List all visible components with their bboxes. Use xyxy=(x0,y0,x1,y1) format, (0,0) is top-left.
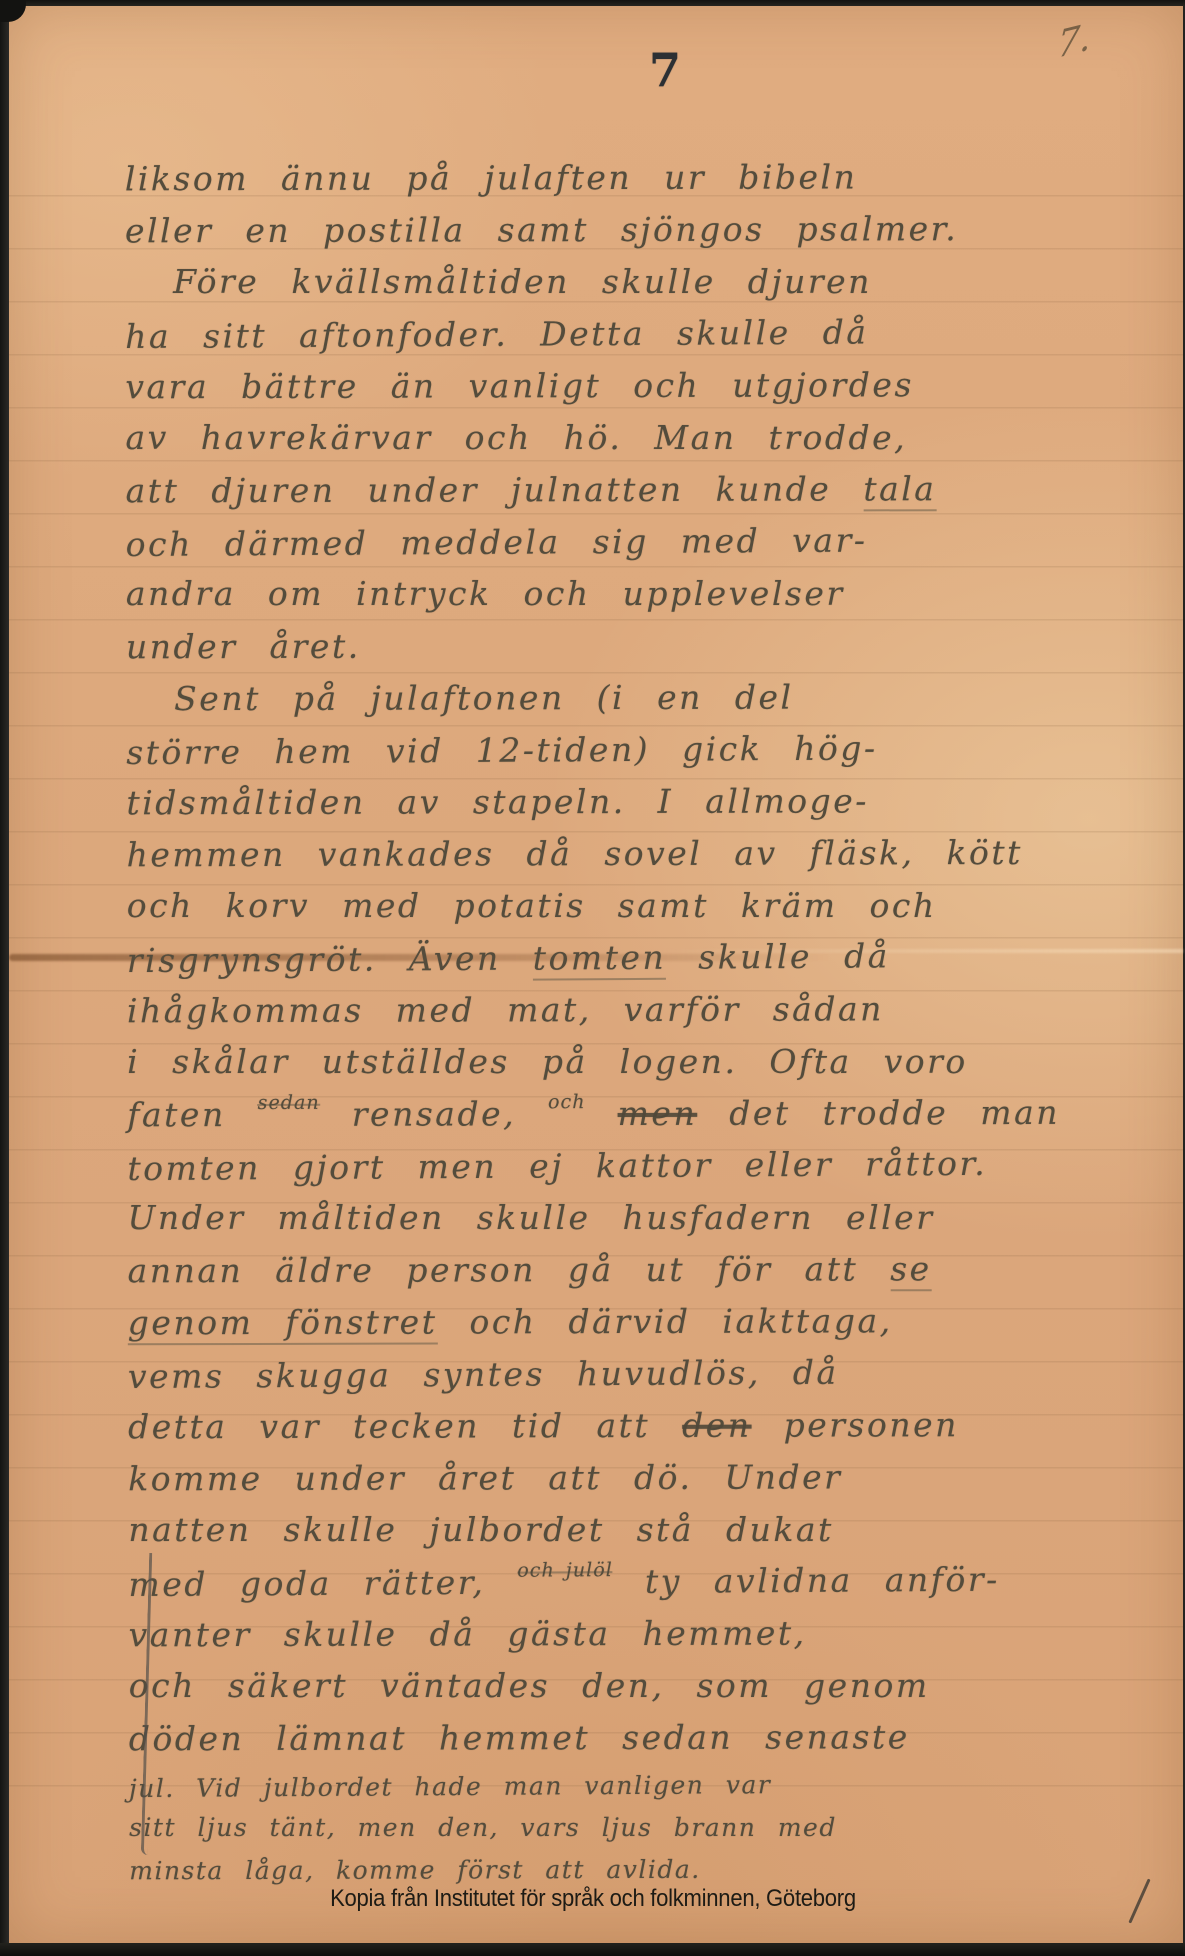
manuscript-page: 7 7. liksom ännu på julaften ur bibelnel… xyxy=(9,5,1183,1943)
manuscript-line: och därmed meddela sig med var- xyxy=(126,516,1127,574)
manuscript-text-segment: större hem vid 12-tiden) gick hög- xyxy=(126,728,878,772)
manuscript-text-segment: sedan xyxy=(258,1103,320,1106)
manuscript-line: jul. Vid julbordet hade man vanligen var xyxy=(129,1764,1130,1812)
manuscript-line: vems skugga syntes huvudlös, då xyxy=(128,1348,1129,1406)
manuscript-line: sitt ljus tänt, men den, vars ljus brann… xyxy=(129,1809,1130,1851)
manuscript-text: liksom ännu på julaften ur bibelneller e… xyxy=(125,154,1131,1895)
manuscript-line: under året. xyxy=(126,622,1127,677)
manuscript-text-segment: faten xyxy=(127,1095,258,1134)
manuscript-text-segment: risgrynsgröt. Även xyxy=(127,939,533,980)
manuscript-line: Under måltiden skulle husfadern eller xyxy=(128,1195,1129,1247)
manuscript-line: ihågkommas med mat, varför sådan xyxy=(127,986,1128,1041)
manuscript-text-segment: jul. Vid julbordet hade man vanligen var xyxy=(129,1770,771,1803)
manuscript-line: liksom ännu på julaften ur bibeln xyxy=(125,154,1126,209)
manuscript-line: Sent på julaftonen (i en del xyxy=(126,674,1127,729)
manuscript-line: ha sitt aftonfoder. Detta skulle då xyxy=(125,308,1126,366)
paper-edge-bottom xyxy=(0,1943,1185,1956)
manuscript-text-segment: men xyxy=(618,1094,698,1133)
manuscript-text-segment: komme under året att dö. Under xyxy=(128,1457,842,1498)
manuscript-text-segment: och därmed meddela sig med var- xyxy=(126,521,868,565)
manuscript-line: vanter skulle då gästa hemmet, xyxy=(129,1610,1130,1665)
manuscript-line: risgrynsgröt. Även tomten skulle då xyxy=(127,932,1128,990)
manuscript-text-segment: det trodde man xyxy=(697,1093,1060,1133)
manuscript-text-segment: den xyxy=(682,1406,752,1445)
manuscript-text-segment: tomten xyxy=(533,938,667,981)
manuscript-text-segment: sitt ljus tänt, men den, vars ljus brann… xyxy=(129,1813,837,1842)
manuscript-text-segment: döden lämnat hemmet sedan senaste xyxy=(129,1717,910,1758)
manuscript-line: tomten gjort men ej kattor eller råttor. xyxy=(127,1140,1128,1198)
archive-watermark: Kopia från Institutet för språk och folk… xyxy=(330,1885,856,1913)
manuscript-line: större hem vid 12-tiden) gick hög- xyxy=(126,724,1127,782)
manuscript-line: vara bättre än vanligt och utgjordes xyxy=(125,362,1126,417)
manuscript-text-segment: eller en postilla samt sjöngos psalmer. xyxy=(125,209,958,250)
manuscript-text-segment: detta var tecken tid att xyxy=(128,1406,682,1446)
manuscript-text-segment: liksom ännu på julaften ur bibeln xyxy=(125,157,858,198)
manuscript-text-segment: Före kvällsmåltiden skulle djuren xyxy=(173,262,872,301)
manuscript-text-segment: annan äldre person gå ut för att xyxy=(128,1249,891,1290)
manuscript-line: och säkert väntades den, som genom xyxy=(129,1663,1130,1715)
manuscript-text-segment: tomten gjort men ej kattor eller råttor. xyxy=(127,1144,987,1188)
paper-edge-top xyxy=(0,0,1185,6)
manuscript-text-segment: vems skugga syntes huvudlös, då xyxy=(128,1353,839,1396)
paper-edge-left xyxy=(0,0,9,1956)
manuscript-text-segment: med goda rätter, xyxy=(128,1563,517,1604)
manuscript-line: annan äldre person gå ut för att se xyxy=(128,1246,1129,1301)
manuscript-line: av havrekärvar och hö. Man trodde, xyxy=(125,415,1126,467)
manuscript-text-segment: skulle då xyxy=(666,936,890,976)
manuscript-text-segment xyxy=(586,1094,618,1133)
manuscript-line: i skålar utställdes på logen. Ofta voro xyxy=(127,1039,1128,1091)
manuscript-line: tidsmåltiden av stapeln. I allmoge- xyxy=(126,778,1127,833)
manuscript-line: döden lämnat hemmet sedan senaste xyxy=(129,1714,1130,1769)
manuscript-line: Före kvällsmåltiden skulle djuren xyxy=(125,259,1126,311)
manuscript-text-segment: natten skulle julbordet stå dukat xyxy=(128,1510,833,1549)
manuscript-line: att djuren under julnatten kunde tala xyxy=(126,466,1127,521)
manuscript-line: natten skulle julbordet stå dukat xyxy=(128,1507,1129,1559)
manuscript-line: detta var tecken tid att den personen xyxy=(128,1402,1129,1457)
manuscript-text-segment: minsta låga, komme först att avlida. xyxy=(129,1855,701,1885)
manuscript-text-segment: och säkert väntades den, som genom xyxy=(129,1666,930,1705)
manuscript-line: hemmen vankades då sovel av fläsk, kött xyxy=(126,830,1127,885)
manuscript-text-segment: andra om intryck och upplevelser xyxy=(126,574,845,613)
manuscript-text-segment: under året. xyxy=(126,627,361,667)
manuscript-line: faten sedan rensade, och men det trodde … xyxy=(127,1090,1128,1145)
manuscript-text-segment: tala xyxy=(863,469,936,511)
manuscript-text-segment: ha sitt aftonfoder. Detta skulle då xyxy=(125,313,869,357)
manuscript-text-segment: vanter skulle då gästa hemmet, xyxy=(129,1614,807,1655)
manuscript-text-segment: att djuren under julnatten kunde xyxy=(126,469,864,510)
manuscript-text-segment: av havrekärvar och hö. Man trodde, xyxy=(125,418,907,457)
manuscript-line: genom fönstret och därvid iakttaga, xyxy=(128,1298,1129,1353)
manuscript-text-segment: se xyxy=(890,1249,932,1291)
scanned-document-photo: 7 7. liksom ännu på julaften ur bibelnel… xyxy=(0,0,1185,1956)
manuscript-line: andra om intryck och upplevelser xyxy=(126,571,1127,623)
corner-page-number: 7. xyxy=(1056,16,1092,67)
manuscript-text-segment: personen xyxy=(752,1405,959,1445)
manuscript-text-segment: Under måltiden skulle husfadern eller xyxy=(128,1198,935,1237)
manuscript-line: med goda rätter, och julöl ty avlidna an… xyxy=(128,1556,1129,1614)
manuscript-line: och korv med potatis samt kräm och xyxy=(127,883,1128,935)
manuscript-text-segment: ihågkommas med mat, varför sådan xyxy=(127,989,884,1030)
page-number-stamp: 7 xyxy=(649,43,681,97)
manuscript-text-segment: genom fönstret xyxy=(128,1302,438,1345)
manuscript-text-segment: och korv med potatis samt kräm och xyxy=(127,886,937,925)
manuscript-text-segment: och julöl xyxy=(517,1570,613,1574)
manuscript-line: komme under året att dö. Under xyxy=(128,1454,1129,1509)
manuscript-text-segment: i skålar utställdes på logen. Ofta voro xyxy=(127,1042,968,1081)
manuscript-text-segment: ty avlidna anför- xyxy=(613,1560,1000,1601)
manuscript-text-segment: Sent på julaftonen (i en del xyxy=(174,678,794,719)
manuscript-text-segment: tidsmåltiden av stapeln. I allmoge- xyxy=(126,781,869,822)
manuscript-text-segment: vara bättre än vanligt och utgjordes xyxy=(125,365,914,406)
pen-stroke-mark xyxy=(1128,1878,1150,1923)
manuscript-line: eller en postilla samt sjöngos psalmer. xyxy=(125,206,1126,261)
manuscript-text-segment: hemmen vankades då sovel av fläsk, kött xyxy=(127,833,1023,874)
manuscript-text-segment: och därvid iakttaga, xyxy=(437,1301,892,1341)
manuscript-text-segment: rensade, xyxy=(320,1094,548,1134)
